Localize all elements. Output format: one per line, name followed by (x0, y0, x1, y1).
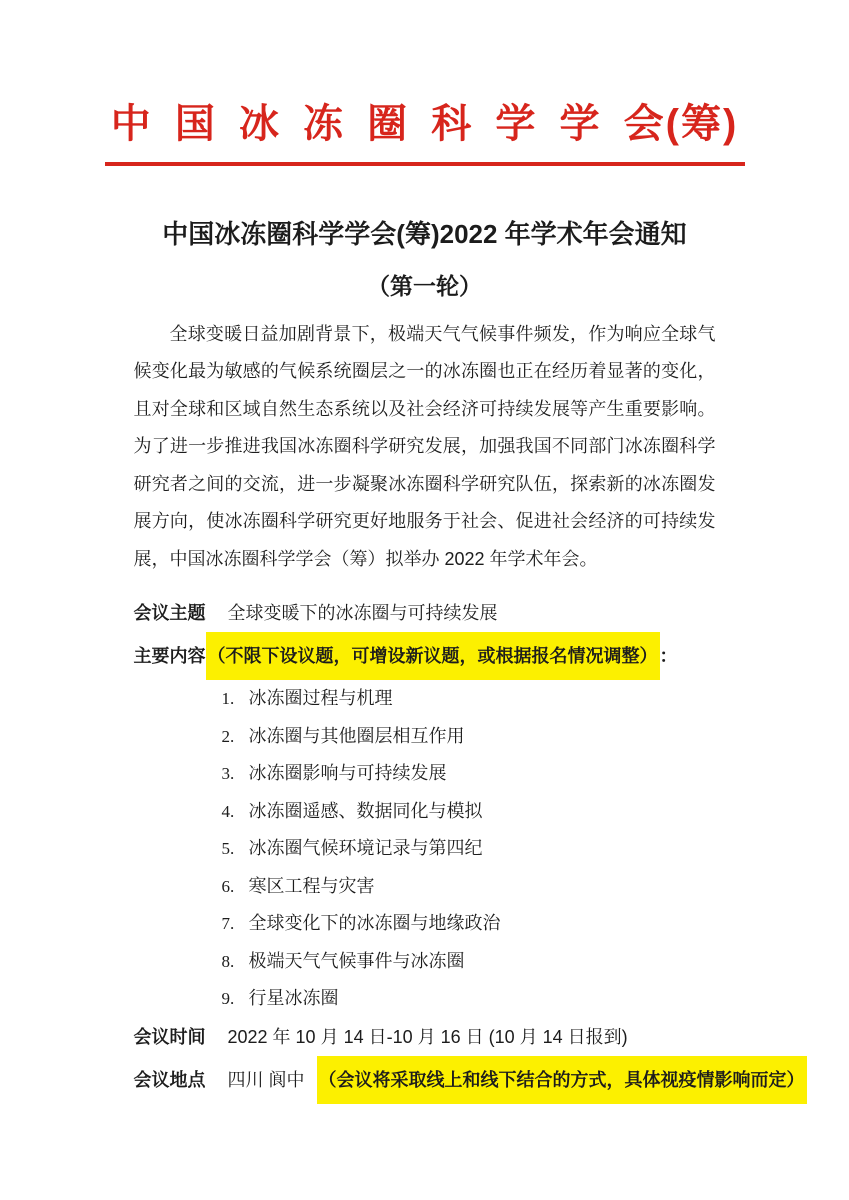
topic-text: 极端天气气候事件与冰冻圈 (249, 943, 465, 980)
field-row-location: 会议地点 四川 阆中 （会议将采取线上和线下结合的方式，具体视疫情影响而定） (134, 1056, 716, 1104)
main-content-highlighted-note: （不限下设议题，可增设新议题，或根据报名情况调整） (206, 632, 660, 680)
topic-item: 1. 冰冻圈过程与机理 (134, 680, 716, 718)
topic-item: 4. 冰冻圈遥感、数据同化与模拟 (134, 793, 716, 831)
topics-list: 1. 冰冻圈过程与机理 2. 冰冻圈与其他圈层相互作用 3. 冰冻圈影响与可持续… (134, 680, 716, 1018)
topic-number: 2. (222, 719, 249, 756)
topic-number: 3. (222, 756, 249, 793)
topic-text: 冰冻圈过程与机理 (249, 680, 393, 717)
topic-item: 6. 寒区工程与灾害 (134, 868, 716, 906)
document-subtitle: （第一轮） (0, 272, 849, 302)
letterhead-title: 中 国 冰 冻 圈 科 学 学 会(筹) (0, 0, 849, 152)
topic-number: 7. (222, 906, 249, 943)
time-value: 2022 年 10 月 14 日-10 月 16 日 (10 月 14 日报到) (228, 1018, 628, 1056)
topic-item: 2. 冰冻圈与其他圈层相互作用 (134, 718, 716, 756)
red-divider-rule (105, 162, 745, 166)
theme-value: 全球变暖下的冰冻圈与可持续发展 (228, 594, 498, 632)
theme-label: 会议主题 (134, 594, 206, 632)
topic-text: 全球变化下的冰冻圈与地缘政治 (249, 905, 501, 942)
location-value: 四川 阆中 (228, 1061, 305, 1099)
main-content-colon: ： (660, 637, 678, 675)
time-label: 会议时间 (134, 1018, 206, 1056)
topic-item: 5. 冰冻圈气候环境记录与第四纪 (134, 830, 716, 868)
field-row-time: 会议时间 2022 年 10 月 14 日-10 月 16 日 (10 月 14… (134, 1018, 716, 1056)
document-title: 中国冰冻圈科学学会(筹)2022 年学术年会通知 (0, 218, 849, 252)
topic-text: 冰冻圈气候环境记录与第四纪 (249, 830, 483, 867)
topic-number: 8. (222, 944, 249, 981)
topic-item: 9. 行星冰冻圈 (134, 980, 716, 1018)
topic-item: 7. 全球变化下的冰冻圈与地缘政治 (134, 905, 716, 943)
field-row-main-content: 主要内容 （不限下设议题，可增设新议题，或根据报名情况调整） ： (134, 632, 716, 680)
topic-number: 4. (222, 794, 249, 831)
field-row-theme: 会议主题 全球变暖下的冰冻圈与可持续发展 (134, 594, 716, 632)
topic-number: 6. (222, 869, 249, 906)
topic-text: 冰冻圈与其他圈层相互作用 (249, 718, 465, 755)
intro-paragraph: 全球变暖日益加剧背景下，极端天气气候事件频发，作为响应全球气候变化最为敏感的气候… (134, 316, 716, 579)
main-content-label: 主要内容 (134, 637, 206, 675)
location-highlighted-note: （会议将采取线上和线下结合的方式，具体视疫情影响而定） (317, 1056, 807, 1104)
location-label: 会议地点 (134, 1061, 206, 1099)
topic-number: 5. (222, 831, 249, 868)
content-sections: 会议主题 全球变暖下的冰冻圈与可持续发展 主要内容 （不限下设议题，可增设新议题… (134, 594, 716, 1104)
topic-number: 9. (222, 981, 249, 1018)
topic-number: 1. (222, 681, 249, 718)
topic-item: 8. 极端天气气候事件与冰冻圈 (134, 943, 716, 981)
topic-text: 冰冻圈遥感、数据同化与模拟 (249, 793, 483, 830)
document-page: 中 国 冰 冻 圈 科 学 学 会(筹) 中国冰冻圈科学学会(筹)2022 年学… (0, 0, 849, 1200)
topic-text: 寒区工程与灾害 (249, 868, 375, 905)
topic-item: 3. 冰冻圈影响与可持续发展 (134, 755, 716, 793)
topic-text: 行星冰冻圈 (249, 980, 339, 1017)
topic-text: 冰冻圈影响与可持续发展 (249, 755, 447, 792)
